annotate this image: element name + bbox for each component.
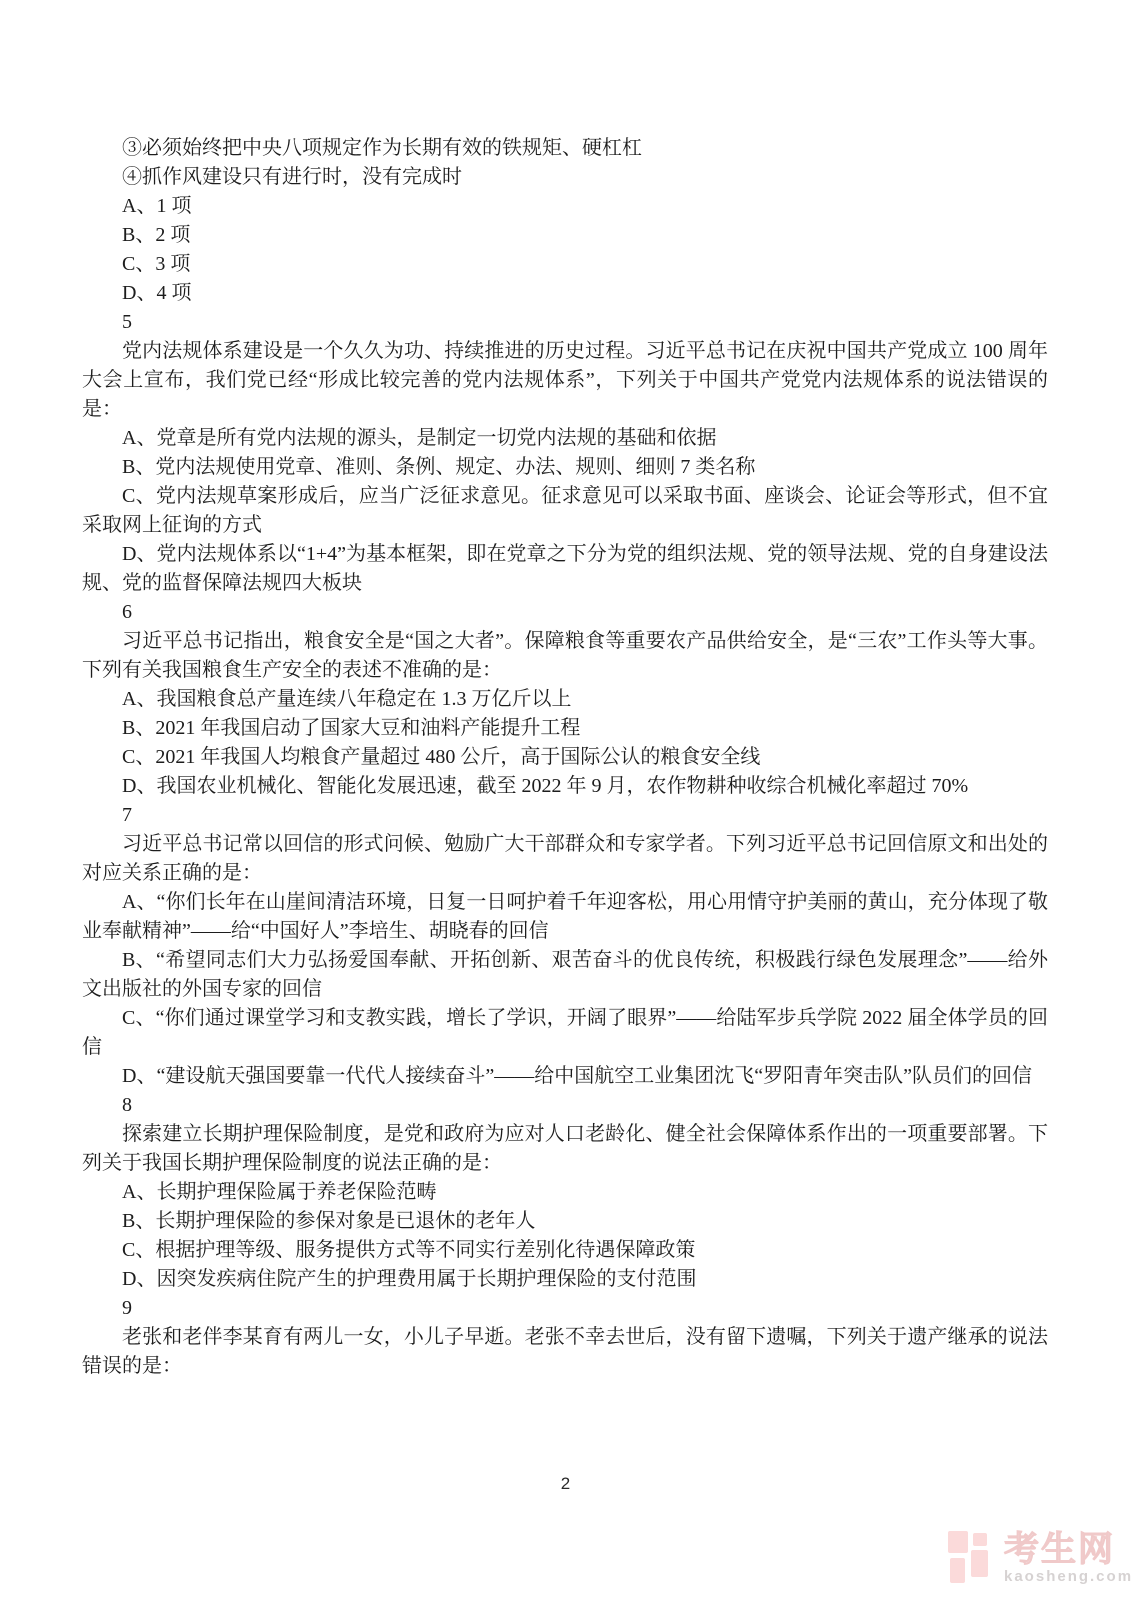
option: C、2021 年我国人均粮食产量超过 480 公斤，高于国际公认的粮食安全线 — [82, 743, 1048, 772]
question-stem: 探索建立长期护理保险制度，是党和政府为应对人口老龄化、健全社会保障体系作出的一项… — [82, 1120, 1048, 1178]
numbered-statement: ④抓作风建设只有进行时，没有完成时 — [82, 163, 1048, 192]
kaosheng-logo-icon — [946, 1531, 992, 1585]
question-number: 5 — [82, 308, 1048, 337]
option: D、4 项 — [82, 279, 1048, 308]
option: A、长期护理保险属于养老保险范畴 — [82, 1178, 1048, 1207]
question-number: 8 — [82, 1091, 1048, 1120]
option: D、“建设航天强国要靠一代代人接续奋斗”——给中国航空工业集团沈飞“罗阳青年突击… — [82, 1062, 1048, 1091]
question-stem: 党内法规体系建设是一个久久为功、持续推进的历史过程。习近平总书记在庆祝中国共产党… — [82, 337, 1048, 424]
option: C、“你们通过课堂学习和支教实践，增长了学识，开阔了眼界”——给陆军步兵学院 2… — [82, 1004, 1048, 1062]
question-stem: 习近平总书记常以回信的形式问候、勉励广大干部群众和专家学者。下列习近平总书记回信… — [82, 830, 1048, 888]
question-stem: 习近平总书记指出，粮食安全是“国之大者”。保障粮食等重要农产品供给安全，是“三农… — [82, 627, 1048, 685]
option: B、2 项 — [82, 221, 1048, 250]
option: C、3 项 — [82, 250, 1048, 279]
option: A、“你们长年在山崖间清洁环境，日复一日呵护着千年迎客松，用心用情守护美丽的黄山… — [82, 888, 1048, 946]
option: B、“希望同志们大力弘扬爱国奉献、开拓创新、艰苦奋斗的优良传统，积极践行绿色发展… — [82, 946, 1048, 1004]
option: D、党内法规体系以“1+4”为基本框架，即在党章之下分为党的组织法规、党的领导法… — [82, 540, 1048, 598]
watermark-domain: kaosheng.com — [1004, 1568, 1131, 1585]
option: B、2021 年我国启动了国家大豆和油料产能提升工程 — [82, 714, 1048, 743]
option: A、党章是所有党内法规的源头，是制定一切党内法规的基础和依据 — [82, 424, 1048, 453]
option: A、我国粮食总产量连续八年稳定在 1.3 万亿斤以上 — [82, 685, 1048, 714]
watermark-site-name: 考生网 — [1004, 1531, 1131, 1569]
option: C、根据护理等级、服务提供方式等不同实行差别化待遇保障政策 — [82, 1236, 1048, 1265]
question-number: 9 — [82, 1294, 1048, 1323]
page-number: 2 — [0, 1474, 1131, 1494]
document-body: ③必须始终把中央八项规定作为长期有效的铁规矩、硬杠杠④抓作风建设只有进行时，没有… — [82, 134, 1048, 1381]
option: B、党内法规使用党章、准则、条例、规定、办法、规则、细则 7 类名称 — [82, 453, 1048, 482]
option: C、党内法规草案形成后，应当广泛征求意见。征求意见可以采取书面、座谈会、论证会等… — [82, 482, 1048, 540]
option: A、1 项 — [82, 192, 1048, 221]
option: D、我国农业机械化、智能化发展迅速，截至 2022 年 9 月，农作物耕种收综合… — [82, 772, 1048, 801]
question-stem: 老张和老伴李某育有两儿一女，小儿子早逝。老张不幸去世后，没有留下遗嘱，下列关于遗… — [82, 1323, 1048, 1381]
question-number: 7 — [82, 801, 1048, 830]
watermark: 考生网 kaosheng.com — [946, 1531, 1131, 1585]
question-number: 6 — [82, 598, 1048, 627]
watermark-text: 考生网 kaosheng.com — [1004, 1531, 1131, 1585]
option: B、长期护理保险的参保对象是已退休的老年人 — [82, 1207, 1048, 1236]
numbered-statement: ③必须始终把中央八项规定作为长期有效的铁规矩、硬杠杠 — [82, 134, 1048, 163]
document-page: ③必须始终把中央八项规定作为长期有效的铁规矩、硬杠杠④抓作风建设只有进行时，没有… — [0, 0, 1131, 1600]
option: D、因突发疾病住院产生的护理费用属于长期护理保险的支付范围 — [82, 1265, 1048, 1294]
